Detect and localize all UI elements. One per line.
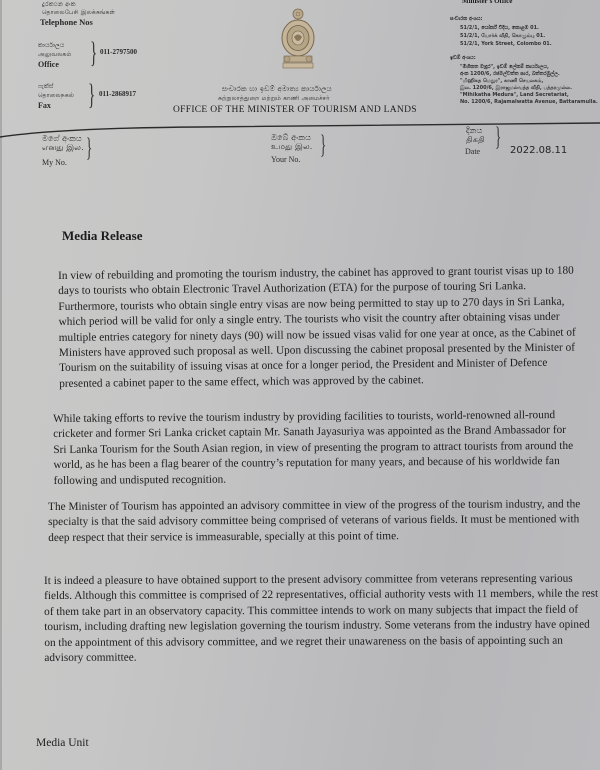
your-no-label-en: Your No. [271, 155, 300, 164]
office-name-en: OFFICE OF THE MINISTER OF TOURISM AND LA… [173, 105, 417, 115]
lands-address-line: "Mihikatha Medura", Land Secretariat, [460, 92, 569, 99]
tourism-address-line: 51/2/1, யோர்க் வீதி, கொழும்பு 01. [460, 33, 545, 40]
date-label-si: දිනය [466, 126, 482, 135]
telephone-label-ta: தொலைபேசி இலக்கங்கள் [42, 9, 115, 17]
your-no-brace: } [320, 132, 326, 158]
lands-division-label: ඉඩම් අංශය: [450, 55, 476, 62]
my-no-label-ta: எனது இல. [42, 143, 84, 152]
your-no-label-si: ඔබේ අංකය [271, 133, 311, 142]
office-name-ta: சுற்றுலாத்துறை மற்றும் காணி அமைச்சர் [218, 95, 330, 103]
date-label-ta: திகதி [466, 135, 485, 144]
body-paragraph: The Minister of Tourism has appointed an… [48, 497, 593, 546]
office-label-en: Office [38, 60, 59, 70]
lands-address-line: இல. 1200/6, இராஜமல்வத்த வீதி, பத்தரமுல்ல… [460, 85, 572, 92]
lands-address-line: "மிஹிகத மெதுர", காணி செயலகம், [460, 78, 543, 85]
tourism-address-line: 51/2/1, යෝර්ක් වීදිය, කොළඹ 01. [460, 25, 539, 32]
office-label-si: කාර්යාලය [38, 42, 64, 50]
fax-brace: } [88, 80, 95, 110]
date-value: 2022.08.11 [510, 145, 567, 156]
media-release-document: දුරකථන අංක தொலைபேசி இலக்கங்கள் Telephone… [0, 0, 600, 770]
my-no-brace: } [86, 135, 92, 161]
telephone-label-si: දුරකථන අංක [42, 1, 76, 9]
tourism-division-label: සංචාරක අංශය: [450, 16, 482, 23]
fax-number: 011-2868917 [99, 90, 136, 98]
body-paragraph: While taking efforts to revive the touri… [53, 408, 579, 489]
body-paragraph: It is indeed a pleasure to have obtained… [44, 572, 599, 667]
body-paragraph: In view of rebuilding and promoting the … [58, 264, 579, 393]
telephone-label-en: Telephone Nos [40, 17, 93, 27]
fax-label-en: Fax [38, 101, 51, 111]
fax-label-si: ෆැක්ස් [38, 83, 54, 91]
signoff: Media Unit [36, 737, 89, 749]
office-brace: } [90, 38, 97, 68]
my-no-label-si: මගේ අංකය [42, 134, 82, 143]
my-no-label-en: My No. [42, 158, 67, 167]
your-no-label-ta: உமது இல. [271, 142, 313, 151]
office-name-si: සංචාරක හා ඉඩම් අමාත්‍ය කාර්යාලය [222, 85, 332, 93]
national-emblem-icon [278, 6, 318, 76]
document-heading: Media Release [62, 228, 143, 244]
date-brace: } [495, 124, 501, 150]
tourism-address-line: 51/2/1, York Street, Colombo 01. [460, 41, 552, 48]
ministers-office-title: Minister's Office [462, 0, 512, 5]
lands-address-line: අංක 1200/6, රජමල්වත්ත පාර, බත්තරමුල්ල. [460, 71, 560, 78]
date-label-en: Date [465, 147, 480, 156]
office-label-ta: அலுவலகம் [38, 51, 71, 59]
fax-label-ta: தொலைநகல் [38, 92, 74, 100]
lands-address-line: "මිහිකත මැඳුර", ඉඩම් ලේකම් කාර්යාලය, [460, 64, 549, 71]
office-phone-number: 011-2797500 [100, 48, 137, 56]
paper-edge [0, 0, 2, 770]
lands-address-line: No. 1200/6, Rajamalwatta Avenue, Battara… [460, 99, 598, 106]
